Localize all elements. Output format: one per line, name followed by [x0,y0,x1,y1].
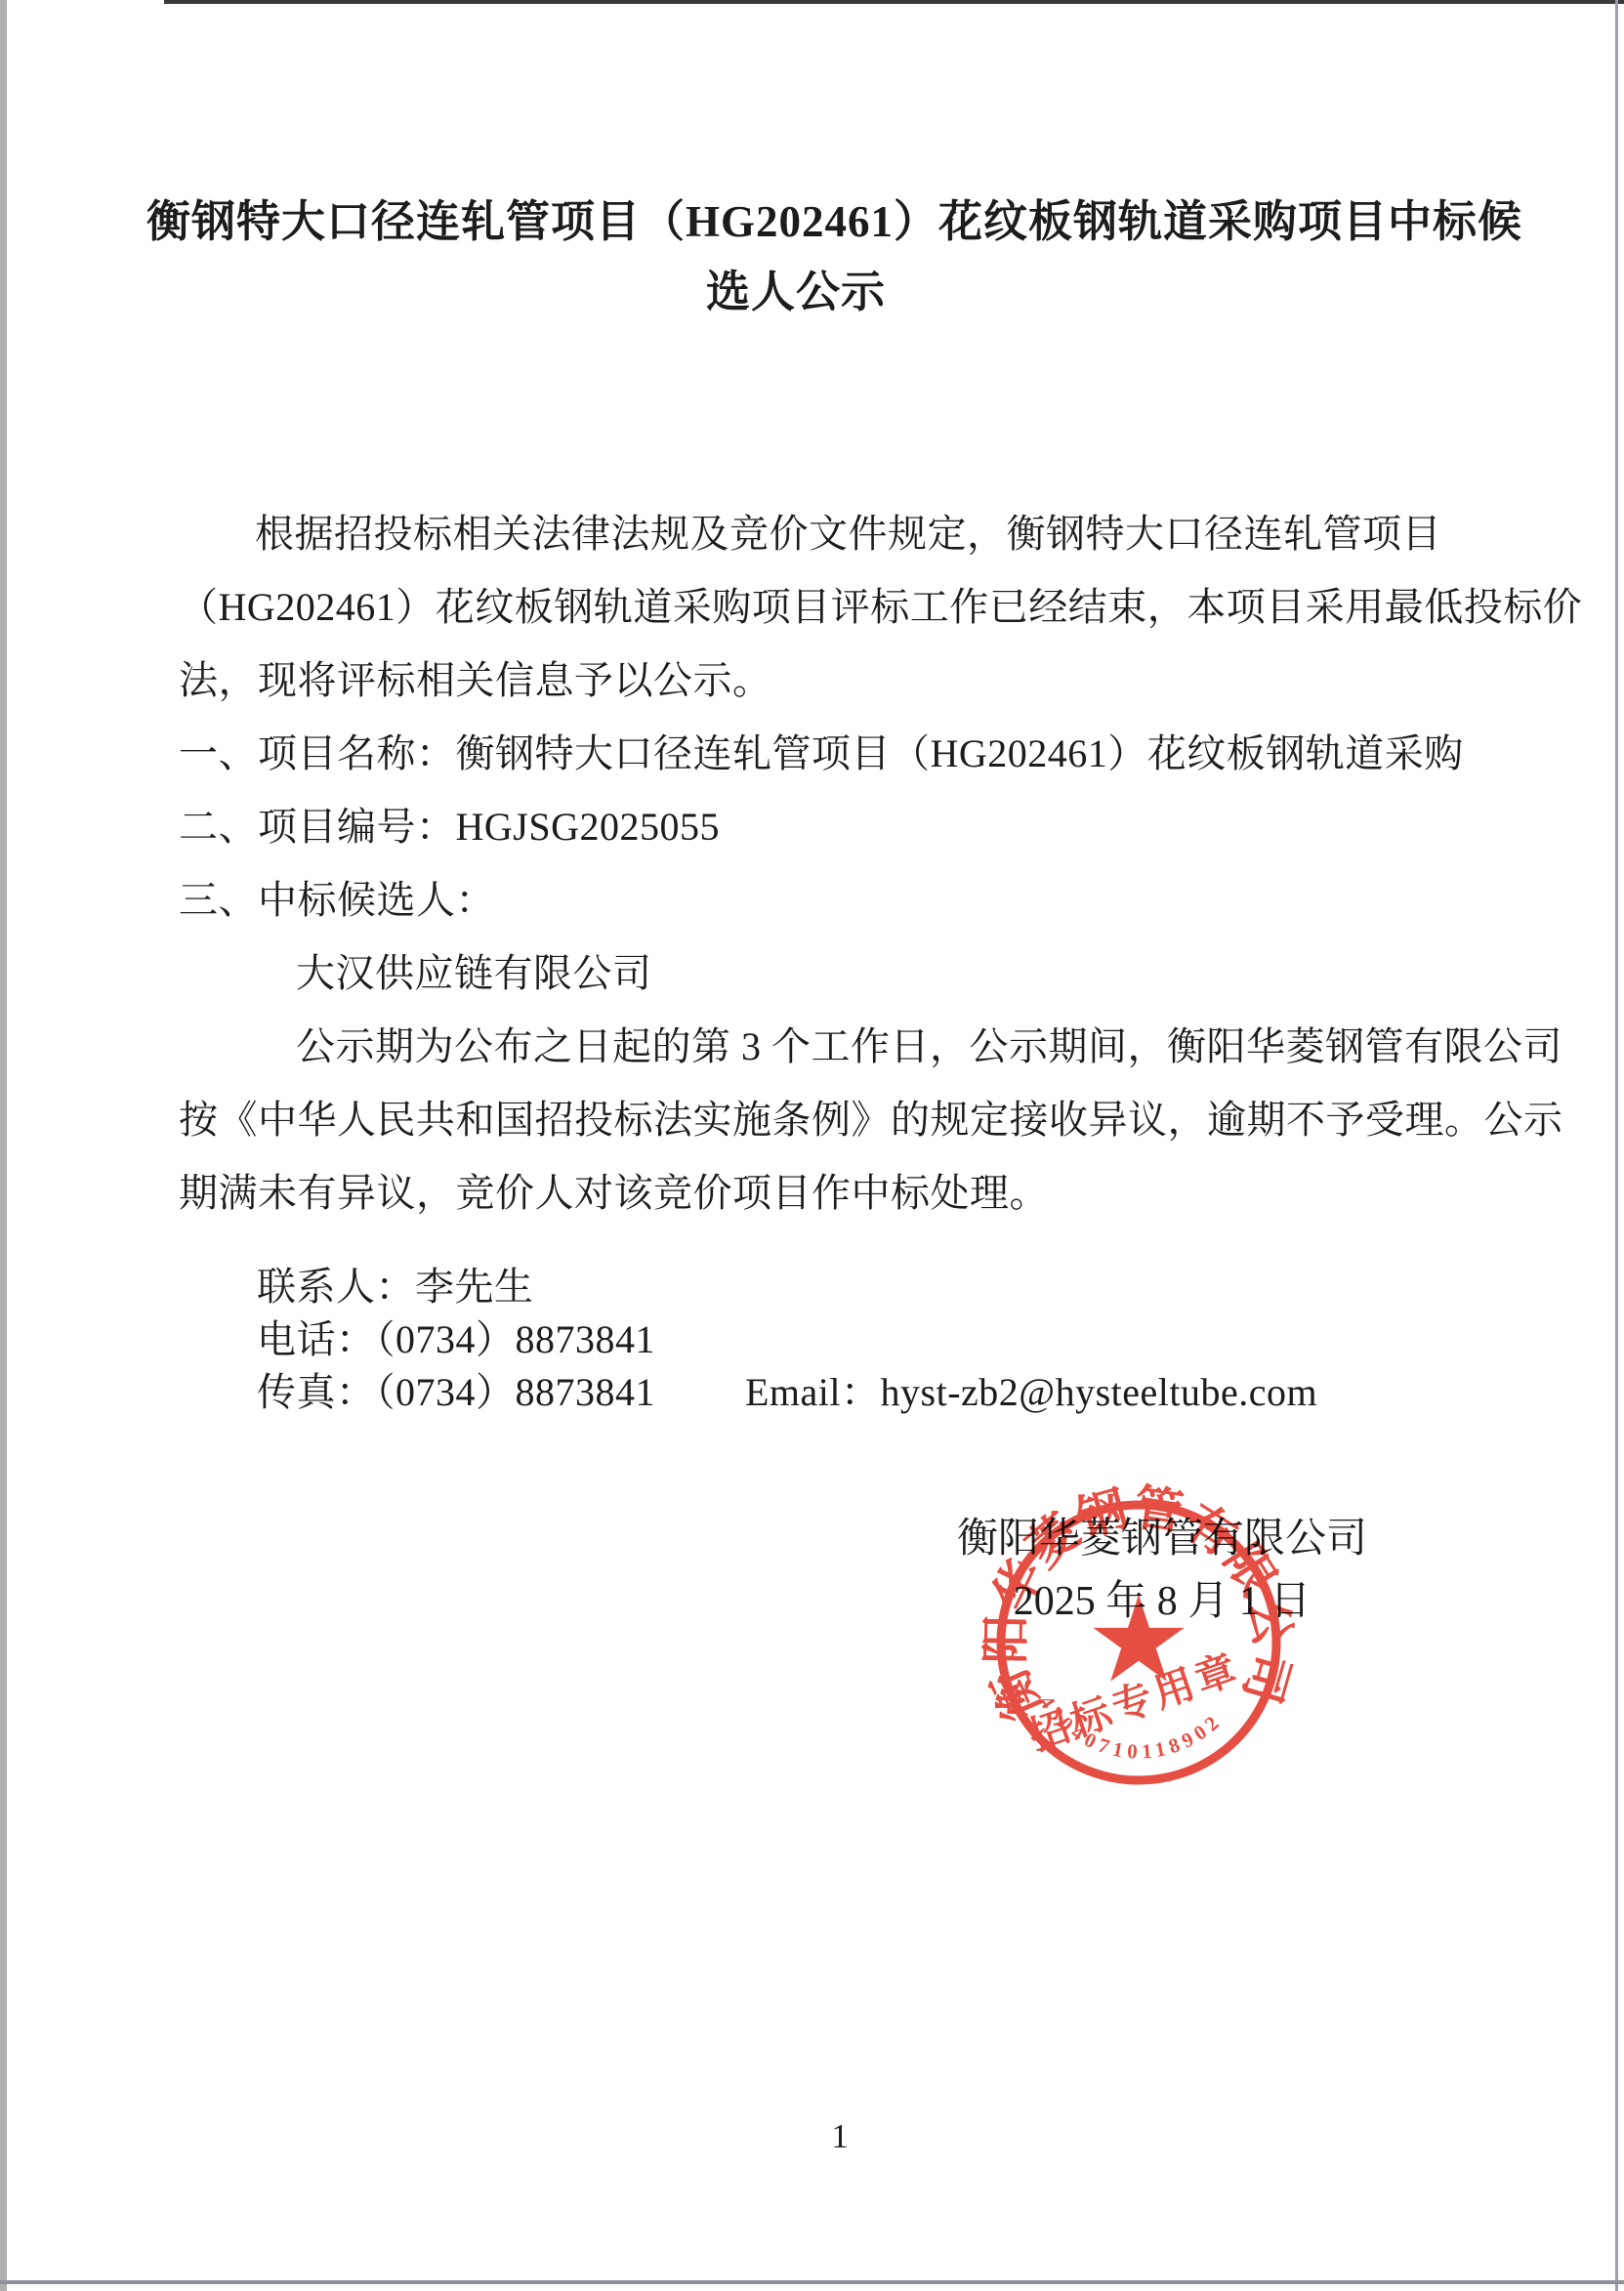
document-body: 根据招投标相关法律法规及竞价文件规定，衡钢特大口径连轧管项目 （HG202461… [179,497,1468,1229]
scan-edge-bottom [0,2280,1624,2284]
contact-fax: 传真：（0734）8873841 [257,1370,655,1414]
body-line: 根据招投标相关法律法规及竞价文件规定，衡钢特大口径连轧管项目 [179,497,1468,570]
contact-block: 联系人：李先生 电话：（0734）8873841 传真：（0734）887384… [179,1261,1468,1419]
body-line: （HG202461）花纹板钢轨道采购项目评标工作已经结束，本项目采用最低投标价 [179,570,1468,644]
body-line: 公示期为公布之日起的第 3 个工作日，公示期间，衡阳华菱钢管有限公司 [179,1010,1468,1083]
body-line: 期满未有异议，竞价人对该竞价项目作中标处理。 [179,1156,1468,1229]
contact-phone: 电话：（0734）8873841 [179,1313,1468,1366]
document-title: 衡钢特大口径连轧管项目（HG202461）花纹板钢轨道采购项目中标候 选人公示 [146,187,1445,327]
page-number: 1 [195,2117,1484,2156]
document-title-line1: 衡钢特大口径连轧管项目（HG202461）花纹板钢轨道采购项目中标候 [146,187,1445,257]
scan-edge-right [1615,0,1618,2291]
body-line: 法，现将评标相关信息予以公示。 [179,644,1468,717]
document-title-line2: 选人公示 [146,257,1445,327]
company-seal-stamp: 衡阳华菱钢管有限公司 招标专用章 43040710118902 [973,1477,1305,1809]
body-line-winner-name: 大汉供应链有限公司 [179,937,1468,1010]
document-page: 衡钢特大口径连轧管项目（HG202461）花纹板钢轨道采购项目中标候 选人公示 … [0,0,1624,2291]
scan-edge-top [164,0,1624,4]
body-line-project-number: 二、项目编号：HGJSG2025055 [179,790,1468,863]
body-line-winner-heading: 三、中标候选人： [179,863,1468,937]
body-line: 按《中华人民共和国招投标法实施条例》的规定接收异议，逾期不予受理。公示 [179,1083,1468,1156]
contact-email: Email：hyst-zb2@hysteeltube.com [745,1370,1317,1414]
body-line-project-name: 一、项目名称：衡钢特大口径连轧管项目（HG202461）花纹板钢轨道采购 [179,717,1468,790]
contact-person: 联系人：李先生 [179,1261,1468,1313]
contact-fax-email-row: 传真：（0734）8873841Email：hyst-zb2@hysteeltu… [179,1366,1468,1419]
scan-edge-left [0,0,7,2291]
